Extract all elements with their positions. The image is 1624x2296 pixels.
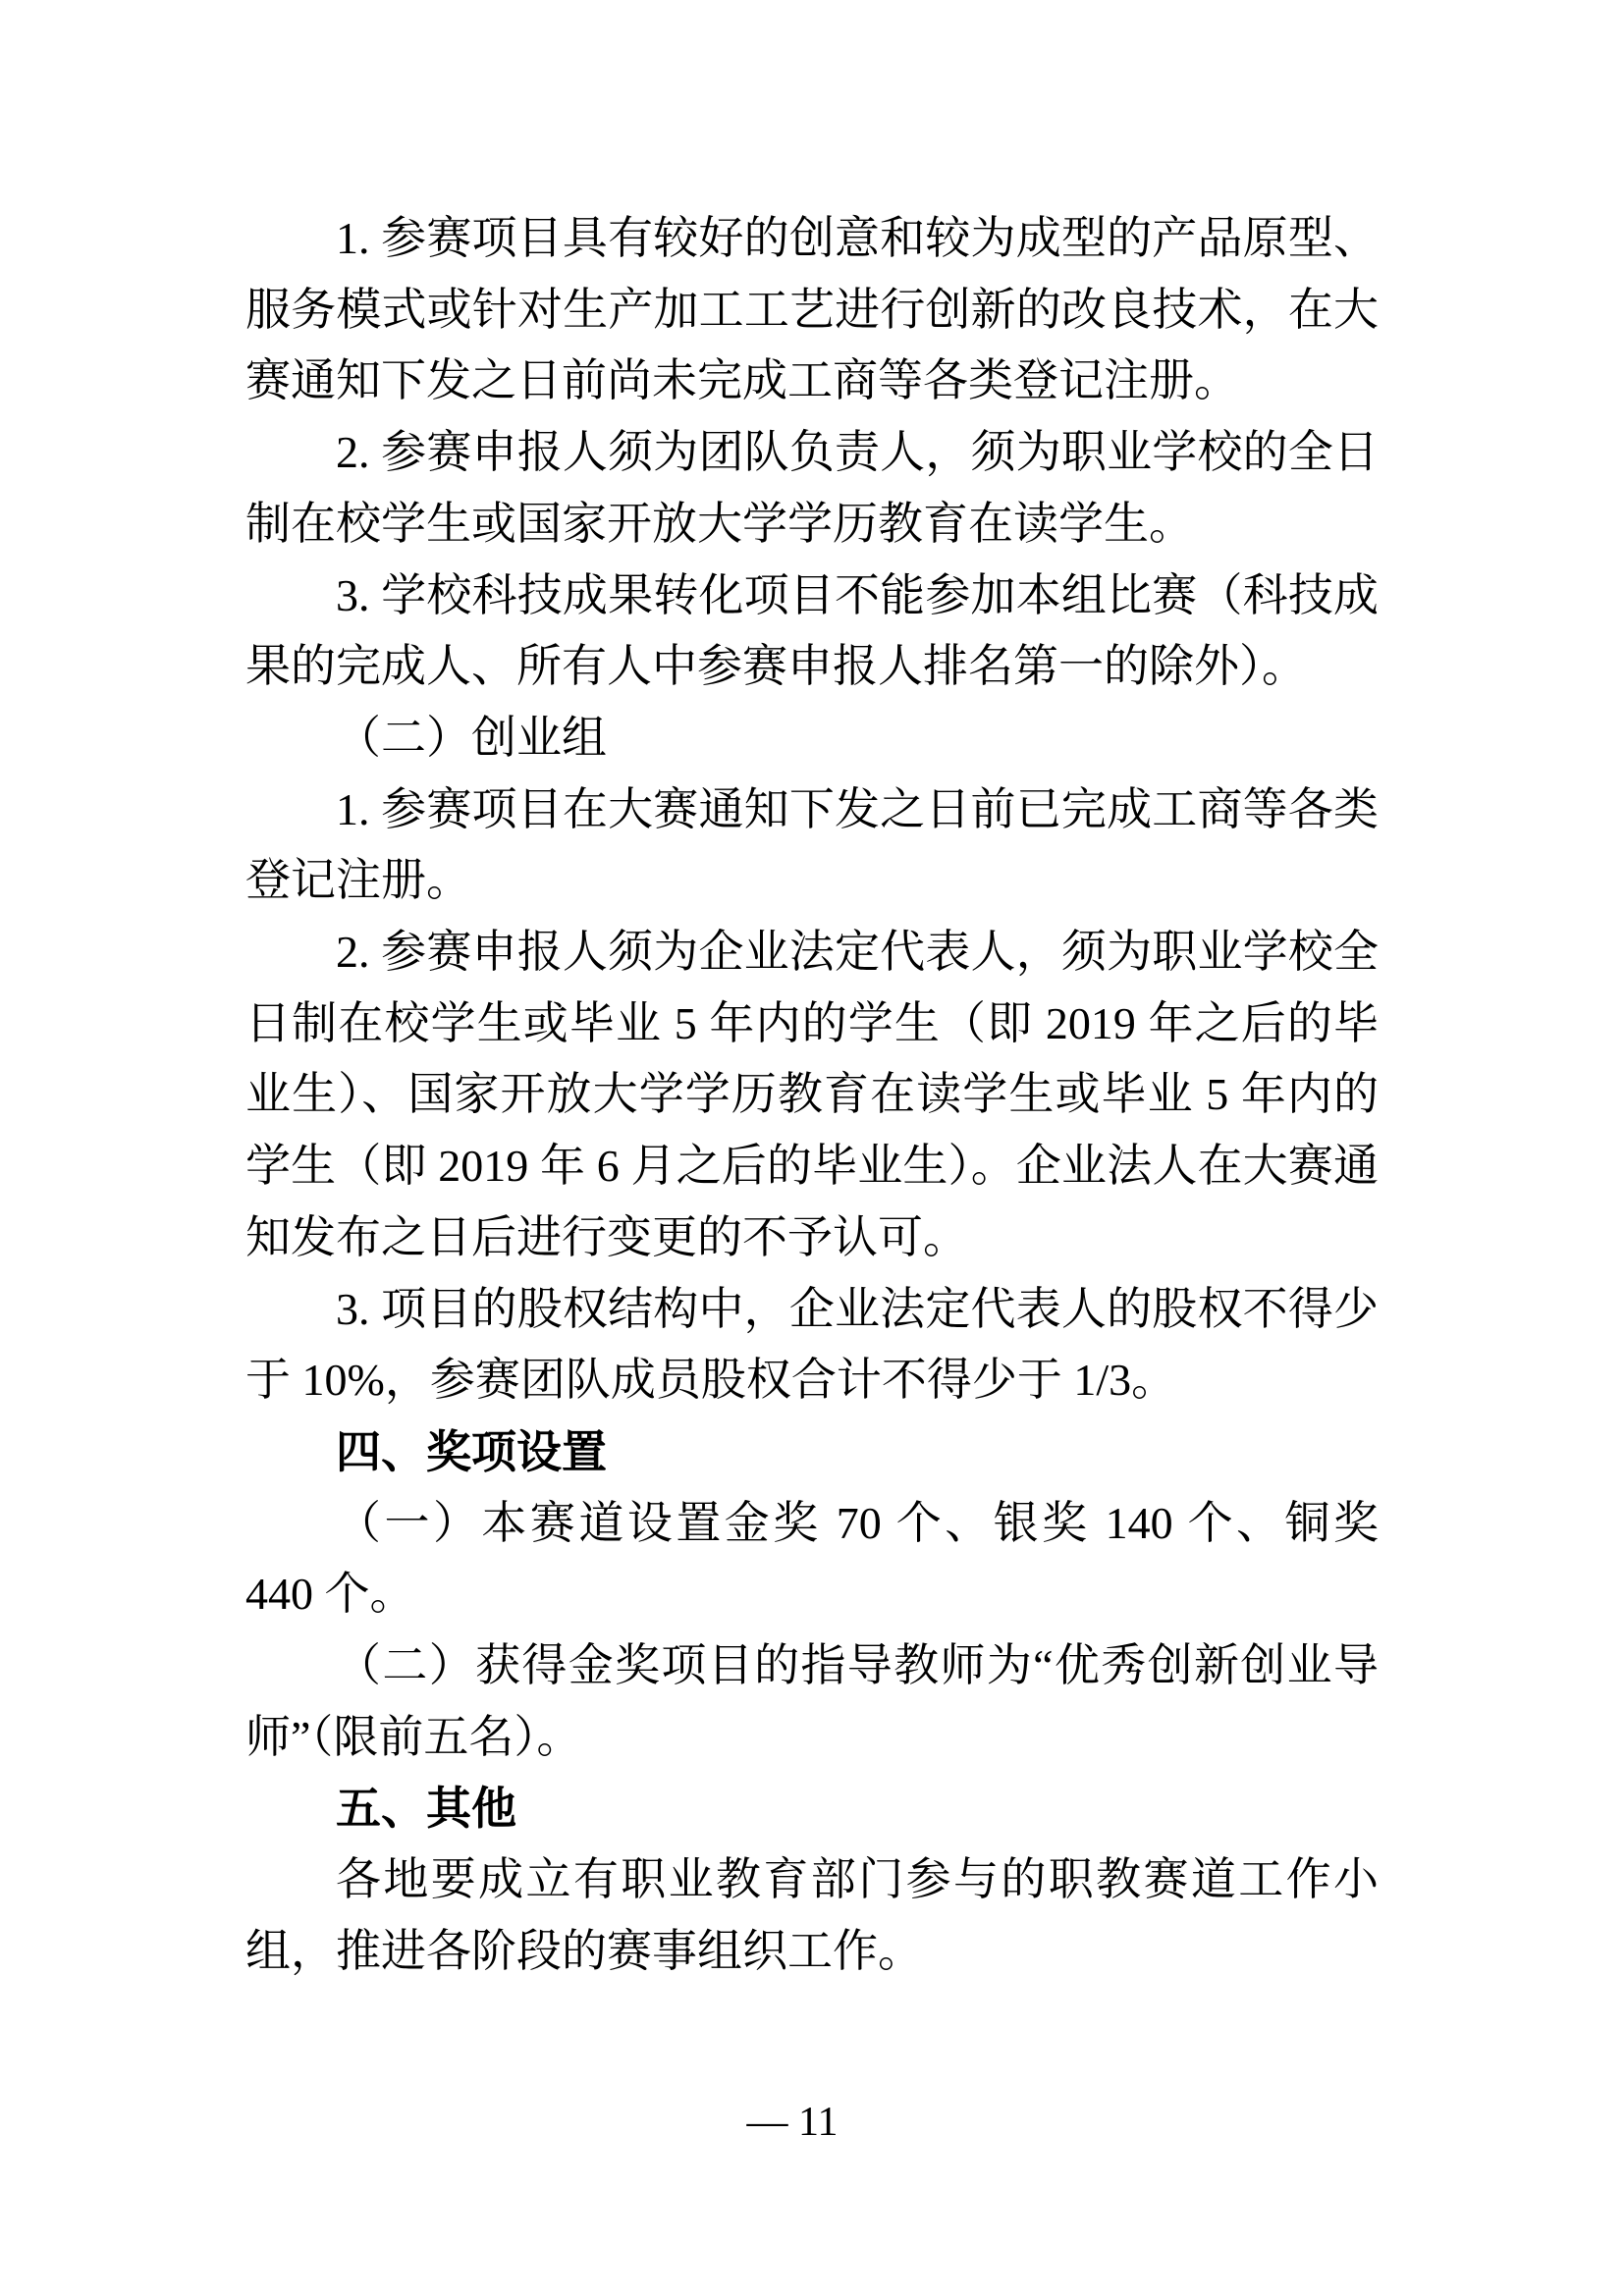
paragraph-innovation-group-rule-2: 2. 参赛申报人须为团队负责人，须为职业学校的全日制在校学生或国家开放大学学历教… [245, 417, 1379, 560]
page-footer: — 11 [226, 2099, 1359, 2146]
document-body: 1. 参赛项目具有较好的创意和较为成型的产品原型、服务模式或针对生产加工工艺进行… [245, 203, 1379, 1988]
section-heading-awards: 四、奖项设置 [245, 1416, 1379, 1488]
paragraph-awards-rule-2: （二）获得金奖项目的指导教师为“优秀创新创业导师”（限前五名）。 [245, 1630, 1379, 1773]
paragraph-entrepreneurship-rule-2: 2. 参赛申报人须为企业法定代表人，须为职业学校全日制在校学生或毕业 5 年内的… [245, 917, 1379, 1274]
paragraph-entrepreneurship-rule-1: 1. 参赛项目在大赛通知下发之日前已完成工商等各类登记注册。 [245, 774, 1379, 917]
paragraph-awards-rule-1: （一）本赛道设置金奖 70 个、银奖 140 个、铜奖 440 个。 [245, 1488, 1379, 1630]
subsection-heading-entrepreneurship-group: （二）创业组 [245, 703, 1379, 774]
paragraph-innovation-group-rule-1: 1. 参赛项目具有较好的创意和较为成型的产品原型、服务模式或针对生产加工工艺进行… [245, 203, 1379, 417]
page-number: — 11 [747, 2100, 839, 2145]
paragraph-entrepreneurship-rule-3: 3. 项目的股权结构中，企业法定代表人的股权不得少于 10%，参赛团队成员股权合… [245, 1274, 1379, 1416]
document-page: 1. 参赛项目具有较好的创意和较为成型的产品原型、服务模式或针对生产加工工艺进行… [0, 0, 1624, 2296]
section-heading-other: 五、其他 [245, 1773, 1379, 1844]
paragraph-other-1: 各地要成立有职业教育部门参与的职教赛道工作小组，推进各阶段的赛事组织工作。 [245, 1844, 1379, 1987]
paragraph-innovation-group-rule-3: 3. 学校科技成果转化项目不能参加本组比赛（科技成果的完成人、所有人中参赛申报人… [245, 561, 1379, 703]
